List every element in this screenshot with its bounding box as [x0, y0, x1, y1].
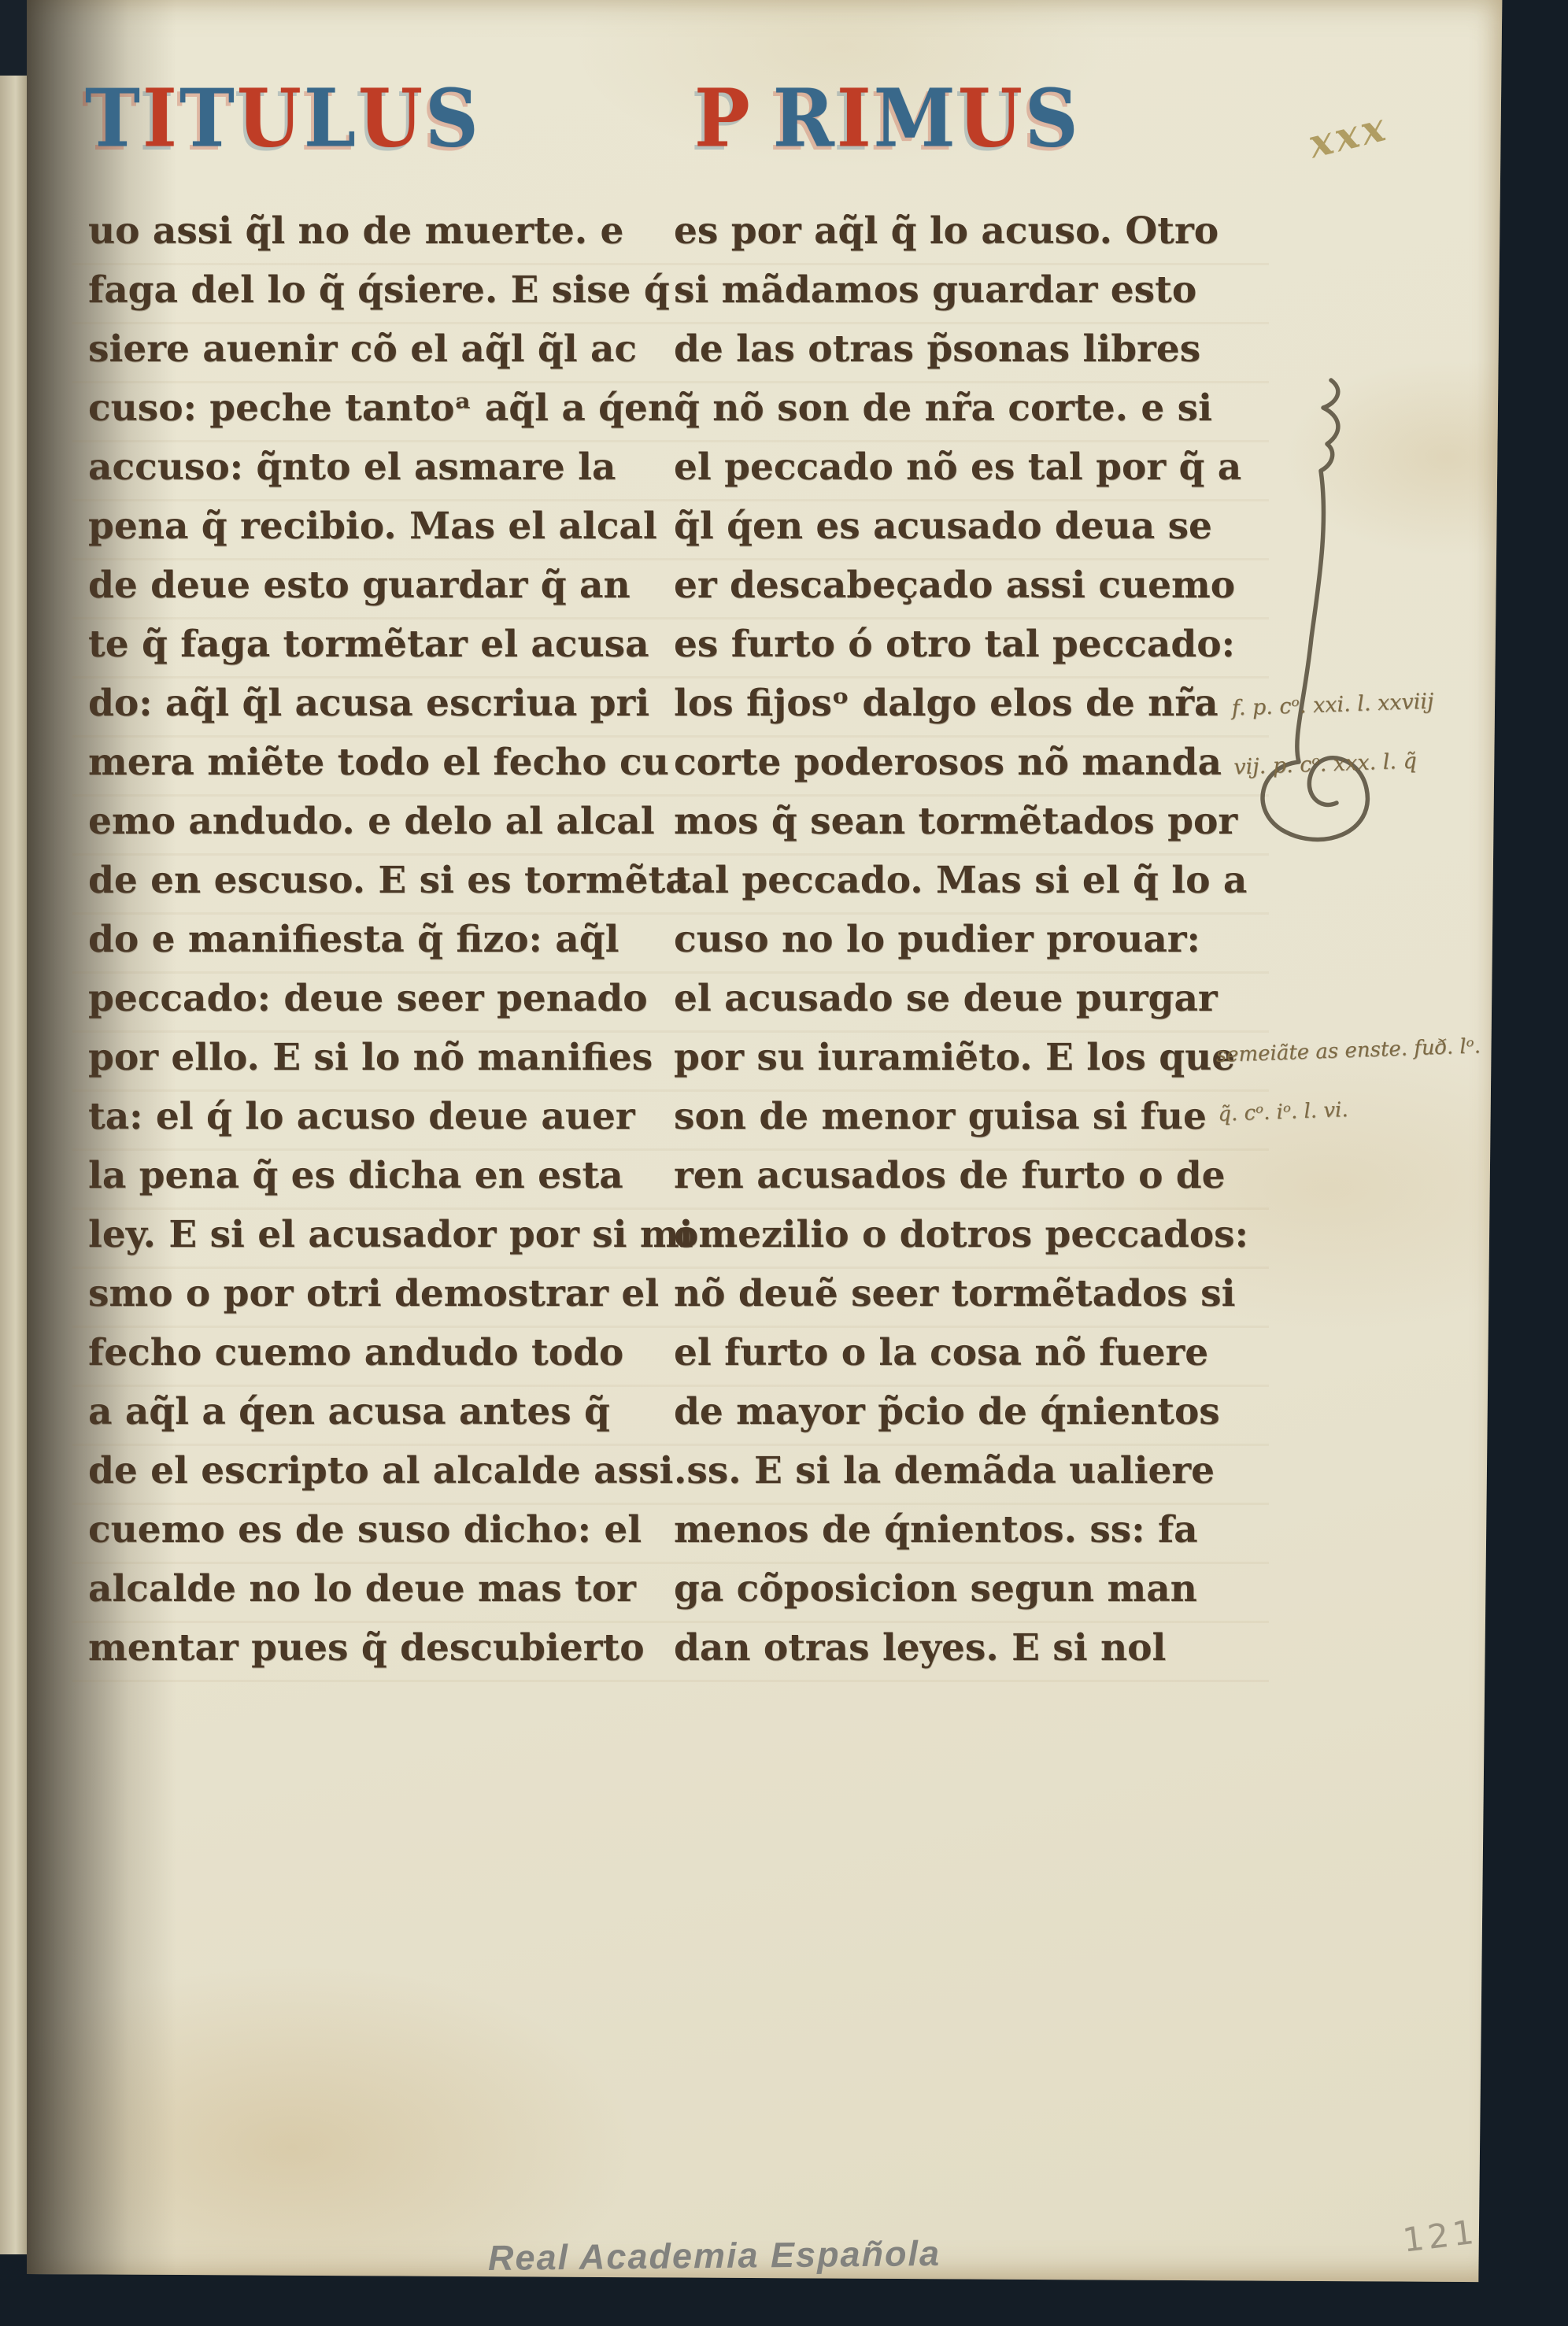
- manuscript-line: accuso: q̃nto el asmare la: [88, 438, 663, 497]
- manuscript-line: semeiãte as enste. fuð. lᵒ.: [1215, 1017, 1481, 1085]
- manuscript-line: pena q̃ recibio. Mas el alcal: [88, 497, 663, 556]
- title-letter: T: [85, 72, 142, 166]
- binding-dark-corner: [0, 0, 28, 79]
- manuscript-line: vij. p. cᵒ. xxx. l. q̃: [1233, 731, 1437, 797]
- manuscript-line: el peccado nõ es tal por q̃ a: [674, 438, 1248, 497]
- manuscript-line: peccado: deue seer penado: [88, 969, 663, 1028]
- margin-note-similiter: semeiãte as enste. fuð. lᵒ.q̃. cᵒ. iᵒ. l…: [1215, 1017, 1483, 1145]
- manuscript-line: nõ deuẽ seer tormẽtados si: [674, 1264, 1248, 1323]
- manuscript-line: ga cõposicion segun man: [674, 1559, 1248, 1618]
- manuscript-line: fecho cuemo andudo todo: [88, 1323, 663, 1382]
- manuscript-line: omezilio o dotros peccados:: [674, 1205, 1248, 1264]
- manuscript-line: smo o por otri demostrar el: [88, 1264, 663, 1323]
- title-letter: S: [425, 72, 481, 166]
- title-letter: P: [694, 72, 753, 166]
- manuscript-line: si mãdamos guardar esto: [674, 261, 1248, 320]
- manuscript-line: por su iuramiẽto. E los que: [674, 1028, 1248, 1087]
- manuscript-line: .ss. E si la demãda ualiere: [674, 1441, 1248, 1500]
- manuscript-line: corte poderosos nõ manda: [674, 733, 1248, 792]
- manuscript-line: el acusado se deue purgar: [674, 969, 1248, 1028]
- manuscript-line: mentar pues q̃ descubierto: [88, 1618, 663, 1677]
- manuscript-line: ta: el q́ lo acuso deue auer: [88, 1087, 663, 1146]
- manuscript-line: q̃l q́en es acusado deua se: [674, 497, 1248, 556]
- text-column-right: es por aq̃l q̃ lo acuso. Otrosi mãdamos …: [674, 202, 1248, 1677]
- manuscript-line: a aq̃l a q́en acusa antes q̃: [88, 1382, 663, 1441]
- manuscript-line: de deue esto guardar q̃ an: [88, 556, 663, 615]
- manuscript-line: de en escuso. E si es tormẽta: [88, 851, 663, 910]
- manuscript-line: siere auenir cõ el aq̃l q̃l ac: [88, 320, 663, 379]
- manuscript-scan: { "page": { "header": { "word1": "TITULU…: [0, 0, 1568, 2326]
- manuscript-line: por ello. E si lo nõ manifies: [88, 1028, 663, 1087]
- manuscript-line: cuso no lo pudier prouar:: [674, 910, 1248, 969]
- manuscript-line: emo andudo. e delo al alcal: [88, 792, 663, 851]
- title-letter: I: [837, 72, 874, 166]
- library-watermark: Real Academia Española: [488, 2233, 941, 2279]
- manuscript-line: q̃. cᵒ. iᵒ. l. vi.: [1217, 1076, 1484, 1145]
- manuscript-line: los fijosᵒ dalgo elos de nr̃a: [674, 674, 1248, 733]
- text-column-left: uo assi q̃l no de muerte. efaga del lo q…: [88, 202, 663, 1677]
- manuscript-line: es por aq̃l q̃ lo acuso. Otro: [674, 202, 1248, 261]
- manuscript-line: do: aq̃l q̃l acusa escriua pri: [88, 674, 663, 733]
- folio-number: 121: [1400, 2212, 1479, 2259]
- manuscript-line: ley. E si el acusador por si mi: [88, 1205, 663, 1264]
- title-letter: T: [179, 72, 237, 166]
- margin-note-citation: f. p. cᵒ. xxi. l. xxviijvij. p. cᵒ. xxx.…: [1230, 672, 1437, 797]
- manuscript-line: er descabeçado assi cuemo: [674, 556, 1248, 615]
- title-letter: U: [237, 72, 304, 166]
- manuscript-line: ren acusados de furto o de: [674, 1146, 1248, 1205]
- manuscript-line: es furto ó otro tal peccado:: [674, 615, 1248, 674]
- manuscript-line: son de menor guisa si fue: [674, 1087, 1248, 1146]
- quire-mark: xxx: [1304, 103, 1392, 168]
- manuscript-line: mos q̃ sean tormẽtados por: [674, 792, 1248, 851]
- manuscript-line: do e manifiesta q̃ fizo: aq̃l: [88, 910, 663, 969]
- manuscript-line: menos de q́nientos. ss: fa: [674, 1500, 1248, 1559]
- manuscript-line: mera miẽte todo el fecho cu: [88, 733, 663, 792]
- title-letter: S: [1025, 72, 1081, 166]
- manuscript-line: de las otras p̃sonas libres: [674, 320, 1248, 379]
- manuscript-page: TITULUS PRIMUS xxx uo assi q̃l no de mue…: [27, 0, 1507, 2284]
- manuscript-line: la pena q̃ es dicha en esta: [88, 1146, 663, 1205]
- title-letter: M: [874, 72, 958, 166]
- title-letter: R: [773, 72, 837, 166]
- title-letter: U: [358, 72, 425, 166]
- manuscript-line: te q̃ faga tormẽtar el acusa: [88, 615, 663, 674]
- manuscript-line: alcalde no lo deue mas tor: [88, 1559, 663, 1618]
- title-word-primus: PRIMUS: [694, 76, 1081, 194]
- manuscript-line: uo assi q̃l no de muerte. e: [88, 202, 663, 261]
- manuscript-line: cuemo es de suso dicho: el: [88, 1500, 663, 1559]
- manuscript-line: q̃ nõ son de nr̃a corte. e si: [674, 379, 1248, 438]
- manuscript-line: de mayor p̃cio de q́nientos: [674, 1382, 1248, 1441]
- title-letter: L: [304, 72, 358, 166]
- manuscript-line: cuso: peche tantoᵃ aq̃l a q́en: [88, 379, 663, 438]
- title-letter: I: [142, 72, 179, 166]
- manuscript-line: dan otras leyes. E si nol: [674, 1618, 1248, 1677]
- manuscript-line: faga del lo q̃ q́siere. E sise q́: [88, 261, 663, 320]
- previous-leaf-edge: [0, 76, 28, 2254]
- title-word-titulus: TITULUS: [85, 76, 481, 194]
- title-letter: U: [958, 72, 1025, 166]
- manuscript-line: de el escripto al alcalde assi: [88, 1441, 663, 1500]
- manuscript-line: el furto o la cosa nõ fuere: [674, 1323, 1248, 1382]
- manuscript-line: f. p. cᵒ. xxi. l. xxviij: [1230, 672, 1434, 738]
- manuscript-line: tal peccado. Mas si el q̃ lo a: [674, 851, 1248, 910]
